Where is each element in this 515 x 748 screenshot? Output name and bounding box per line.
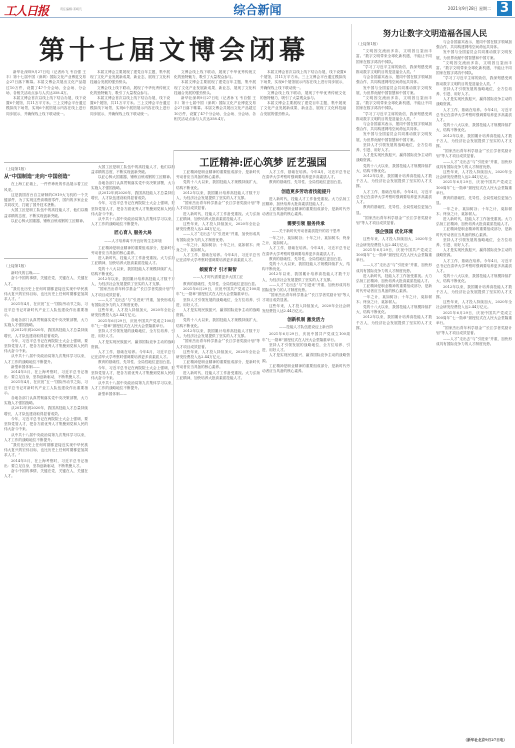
side-article-col-2: 与会各国嘉宾表示，愿同中国在数字领域加强合作，共同构建网络空间命运共同体。 发中…: [436, 40, 512, 740]
section-title: 综合新闻: [0, 1, 515, 18]
divider: [4, 258, 88, 259]
main-headline: 第十七届文博会闭幕: [0, 30, 348, 67]
main-article-col-3: 文博会线上线下联动，展现了中华优秀传统文化的独特魅力，吸引了大量观众参与。 本届…: [174, 70, 256, 140]
side-article-col-1: （上接第1版） “文明因交流而多彩，文明因互鉴而丰富。”数字文明带来全球化新机遇…: [356, 40, 432, 740]
main-article-col-4: 本届文博会首次以线上线下结合办展，线下设置6个展馆，共11万平方米。三上文博会平…: [260, 70, 346, 140]
feature-col-2: 人才工作，基础在培养。今年4月，习近平总书记在清华大学考察时强调要培养更多高素质…: [262, 170, 350, 745]
issue-date: 2021年9月28日 星期二: [448, 6, 491, 12]
subhead-talent-gather: 倾爱育才 引才聚智: [176, 268, 260, 273]
feature-headline: 工匠精神:匠心筑梦 匠艺强国: [175, 154, 351, 169]
subhead-guide-inherit: 需要引领 服务传承: [262, 222, 350, 227]
column-rule: [351, 24, 352, 744]
divider: [174, 150, 350, 151]
subhead-strong-enterprise: 强企强国 优化环境: [356, 230, 432, 235]
left-story-2-col-2: 大国工匠是职工队伍中的高技能人才，他们以精益求精的态度，不断实现创新突破。 以匠…: [91, 165, 175, 745]
main-article-lead: 新华社深圳9月27日电（记者孙飞 韦自强 王丰）第十七届中国（深圳）国际文化产业…: [6, 70, 86, 96]
subhead-skill-boost: 创造更多劳动者技能提升: [262, 190, 350, 195]
divider: [4, 162, 124, 163]
footer-dateline: （新华社北京9月27日电）: [464, 738, 507, 743]
main-article-col-1: 新华社深圳9月27日电（记者孙飞 韦自强 王丰）第十七届中国（深圳）国际文化产业…: [6, 70, 86, 160]
column-rule: [173, 150, 174, 744]
left-story-2-col-1: （上接第1版） 新时代的召唤—— 奋斗中国的事情，关键在党，关键在人，关键在人才…: [4, 262, 88, 744]
feature-col-1: 工匠精神是职业精神的重要组成部分，是新时代劳动者应当具备的核心素养。 党的十八大…: [176, 170, 260, 745]
side-article-headline: 努力让数字文明造福各国人民: [355, 28, 515, 39]
main-article-col-2: 本届文博会主要展现了建党百年主题，集中展现了文化产业发展新成果、新业态，展现了文…: [90, 70, 170, 160]
masthead: 工人日报 责任编辑:邓崎凡 综合新闻 2021年9月28日 星期二 3: [0, 0, 515, 18]
left-story-1-title: 从“中国制造”走向“中国创造”: [4, 175, 88, 180]
subhead-innovation-mechanism: 创新机制 激发活力: [262, 318, 350, 323]
page-number-badge: 3: [497, 1, 512, 16]
subhead-craftsman-heart: 匠心育人 服务大局: [91, 231, 175, 236]
